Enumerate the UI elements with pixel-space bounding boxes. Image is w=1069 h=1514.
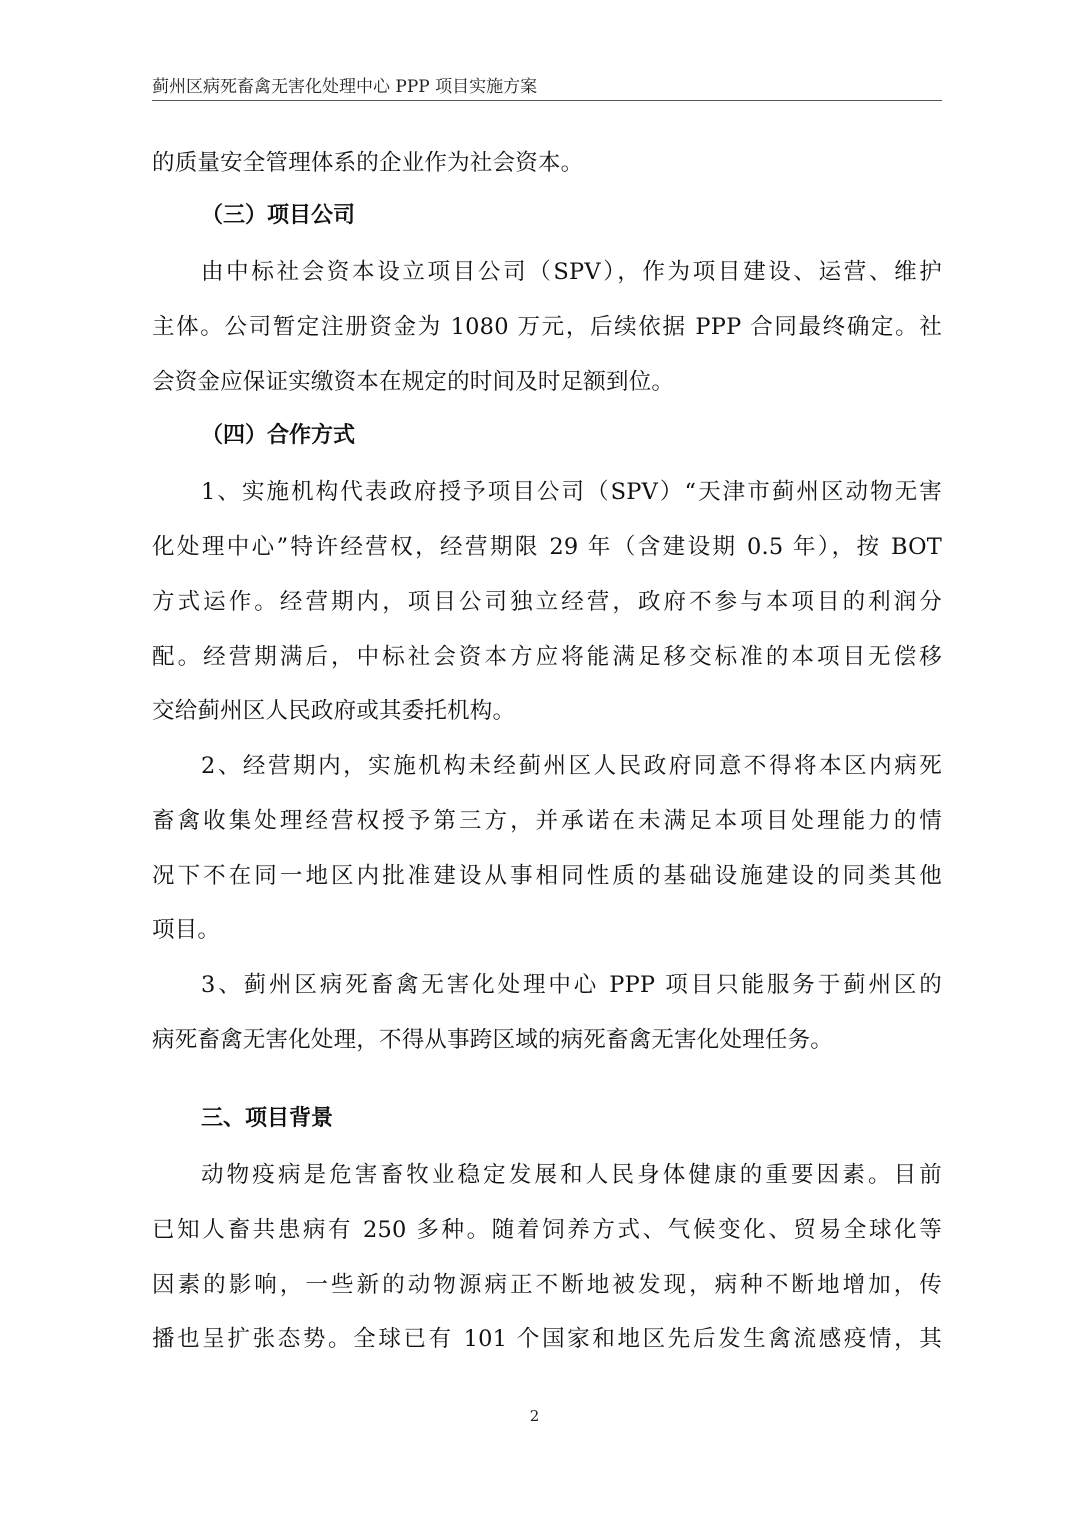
paragraph-line: 配。经营期满后，中标社会资本方应将能满足移交标准的本项目无偿移	[152, 642, 942, 672]
document-title-header: 蓟州区病死畜禽无害化处理中心 PPP 项目实施方案	[152, 76, 942, 98]
paragraph-line: 已知人畜共患病有 250 多种。随着饲养方式、气候变化、贸易全球化等	[152, 1215, 942, 1245]
paragraph-line: 的质量安全管理体系的企业作为社会资本。	[152, 148, 942, 178]
paragraph-line: 动物疫病是危害畜牧业稳定发展和人民身体健康的重要因素。目前	[201, 1160, 942, 1190]
paragraph-line: 3、蓟州区病死畜禽无害化处理中心 PPP 项目只能服务于蓟州区的	[201, 970, 942, 1000]
paragraph-line: 况下不在同一地区内批准建设从事相同性质的基础设施建设的同类其他	[152, 861, 942, 891]
section-heading-cooperation-mode: （四）合作方式	[201, 421, 355, 451]
paragraph-line: 项目。	[152, 915, 942, 945]
paragraph-line: 会资金应保证实缴资本在规定的时间及时足额到位。	[152, 367, 942, 397]
paragraph-line: 病死畜禽无害化处理，不得从事跨区域的病死畜禽无害化处理任务。	[152, 1025, 942, 1055]
paragraph-line: 主体。公司暂定注册资金为 1080 万元，后续依据 PPP 合同最终确定。社	[152, 312, 942, 342]
paragraph-line: 由中标社会资本设立项目公司（SPV），作为项目建设、运营、维护	[201, 257, 942, 287]
header-divider	[152, 100, 942, 101]
paragraph-line: 方式运作。经营期内，项目公司独立经营，政府不参与本项目的利润分	[152, 587, 942, 617]
paragraph-line: 因素的影响，一些新的动物源病正不断地被发现，病种不断地增加，传	[152, 1270, 942, 1300]
page-number: 2	[0, 1406, 1069, 1426]
paragraph-line: 播也呈扩张态势。全球已有 101 个国家和地区先后发生禽流感疫情，其	[152, 1324, 942, 1354]
paragraph-line: 2、经营期内，实施机构未经蓟州区人民政府同意不得将本区内病死	[201, 751, 942, 781]
paragraph-line: 畜禽收集处理经营权授予第三方，并承诺在未满足本项目处理能力的情	[152, 806, 942, 836]
section-heading-project-company: （三）项目公司	[201, 201, 355, 231]
paragraph-line: 化处理中心”特许经营权，经营期限 29 年（含建设期 0.5 年），按 BOT	[152, 532, 942, 562]
section-heading-project-background: 三、项目背景	[201, 1104, 333, 1134]
paragraph-line: 1、实施机构代表政府授予项目公司（SPV）“天津市蓟州区动物无害	[201, 477, 942, 507]
paragraph-line: 交给蓟州区人民政府或其委托机构。	[152, 696, 942, 726]
